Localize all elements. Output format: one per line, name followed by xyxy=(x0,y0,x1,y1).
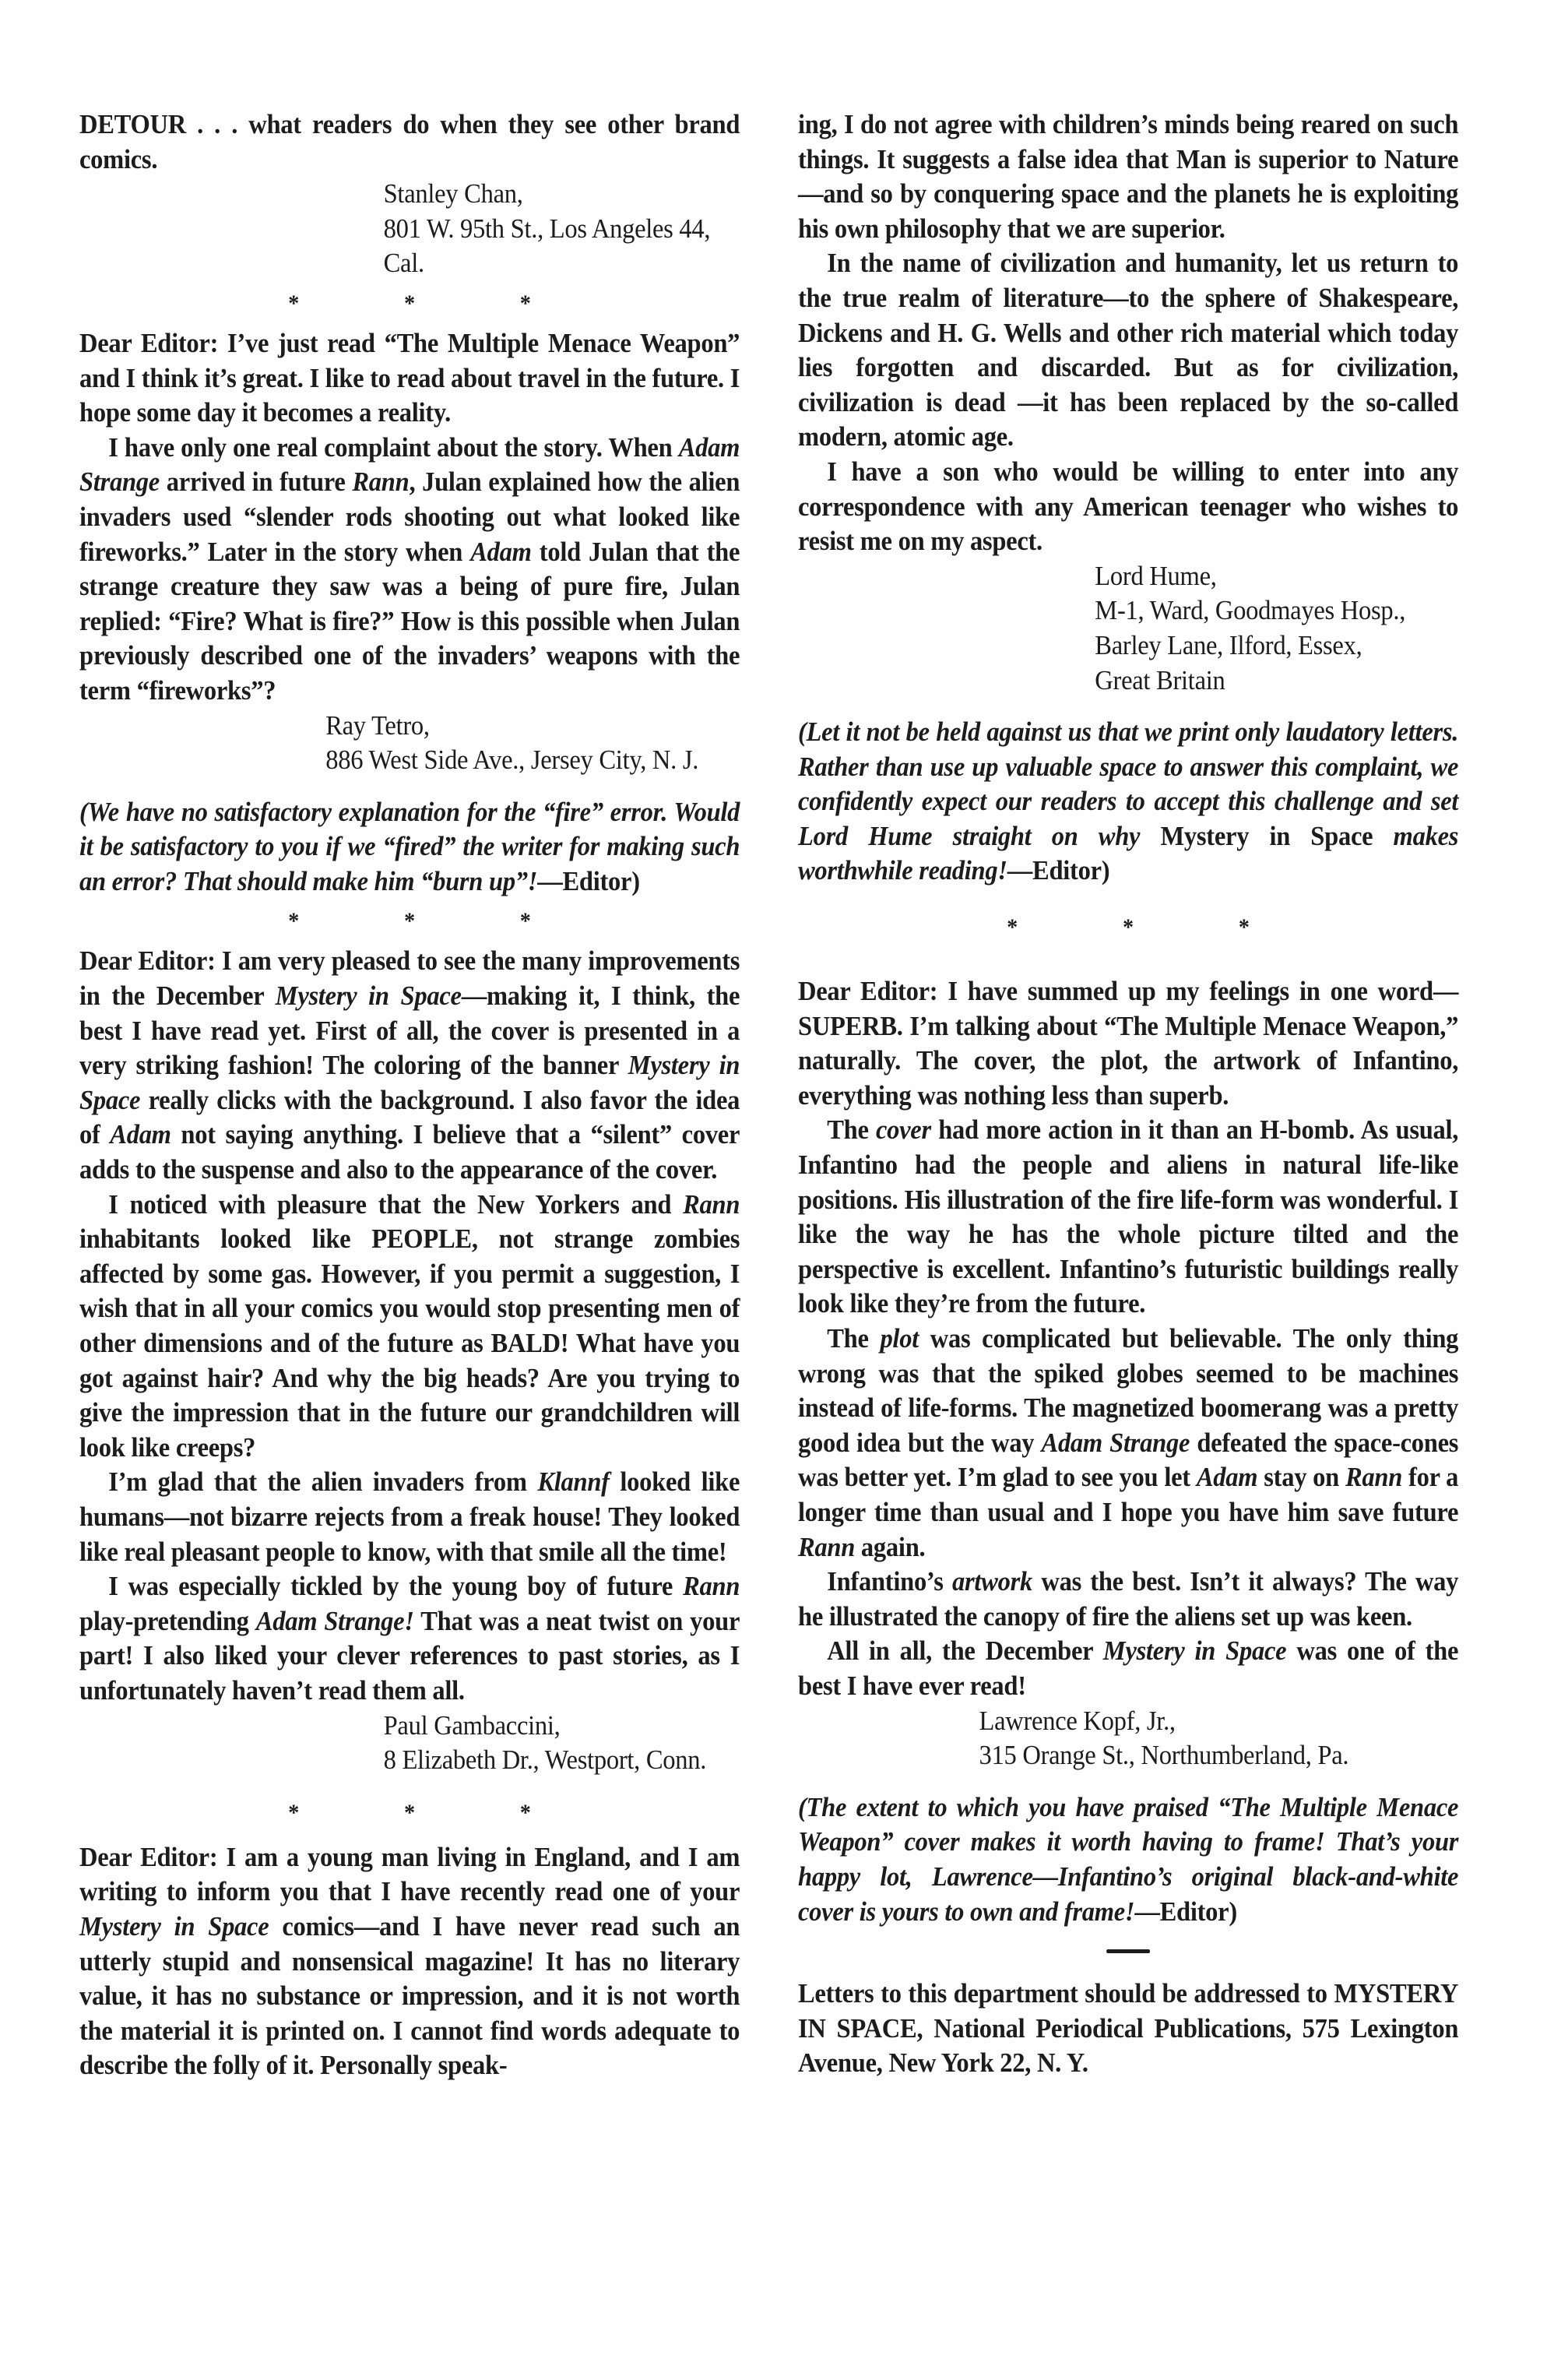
text-run: (The extent to which you have praised “T… xyxy=(798,1792,1458,1927)
asterisk-icon: * xyxy=(352,281,468,326)
asterisk-icon: * xyxy=(352,899,468,944)
asterisk-icon: * xyxy=(352,1778,468,1848)
signature-address: 8 Elizabeth Dr., Westport, Conn. xyxy=(79,1743,740,1778)
signature-name: Lawrence Kopf, Jr., xyxy=(798,1704,1458,1739)
letter-paragraph: Dear Editor: I am a young man living in … xyxy=(79,1840,740,2083)
letter-paragraph: I noticed with pleasure that the New Yor… xyxy=(79,1188,740,1466)
text-run: stay on xyxy=(1257,1462,1345,1492)
asterisk-icon: * xyxy=(236,1778,352,1848)
text-run: I’m glad that the alien invaders from xyxy=(108,1466,537,1497)
mailing-address-notice: Letters to this department should be add… xyxy=(798,1977,1458,2081)
text-run: Dear Editor: I am a young man living in … xyxy=(79,1842,740,1907)
letter-paragraph: ing, I do not agree with children’s mind… xyxy=(798,107,1458,246)
section-separator: *** xyxy=(79,281,740,326)
italic-word: plot xyxy=(880,1323,919,1354)
editor-signoff: —Editor) xyxy=(1134,1896,1237,1927)
signature-address: 886 West Side Ave., Jersey City, N. J. xyxy=(79,743,740,778)
asterisk-icon: * xyxy=(1186,889,1302,966)
letter-paragraph: All in all, the December Mystery in Spac… xyxy=(798,1634,1458,1703)
text-run: inhabitants looked like PEOPLE, not stra… xyxy=(79,1223,740,1463)
asterisk-icon: * xyxy=(236,899,352,944)
text-run: I was especially tickled by the young bo… xyxy=(108,1571,683,1601)
letter-paragraph: Dear Editor: I have summed up my feeling… xyxy=(798,974,1458,1113)
left-column: DETOUR . . . what readers do when they s… xyxy=(79,107,740,2083)
italic-title: Rann xyxy=(798,1532,855,1562)
editor-reply: (The extent to which you have praised “T… xyxy=(798,1790,1458,1929)
letter-paragraph: The cover had more action in it than an … xyxy=(798,1113,1458,1322)
italic-word: artwork xyxy=(952,1566,1032,1597)
asterisk-icon: * xyxy=(236,281,352,326)
signature-address: M-1, Ward, Goodmayes Hosp., xyxy=(798,593,1458,628)
letter-paragraph: Dear Editor: I’ve just read “The Multipl… xyxy=(79,326,740,431)
italic-title: Rann xyxy=(683,1189,740,1220)
italic-title: Adam xyxy=(470,537,531,567)
editor-signoff: —Editor) xyxy=(537,866,640,896)
signature-name: Stanley Chan, xyxy=(79,177,740,212)
letter-paragraph: I have a son who would be willing to ent… xyxy=(798,455,1458,559)
section-separator: *** xyxy=(79,899,740,944)
letter-paragraph: I have only one real complaint about the… xyxy=(79,431,740,709)
italic-title: Mystery in Space xyxy=(79,1911,269,1942)
letter-text: DETOUR . . . what readers do when they s… xyxy=(79,107,740,177)
letters-page: DETOUR . . . what readers do when they s… xyxy=(0,0,1547,2380)
text-run: I have only one real complaint about the… xyxy=(108,432,678,463)
signature-name: Ray Tetro, xyxy=(79,709,740,744)
italic-title: Rann xyxy=(1345,1462,1402,1492)
text-run: not saying anything. I believe that a “s… xyxy=(79,1119,740,1185)
editor-reply: (We have no satisfactory explanation for… xyxy=(79,795,740,900)
letter-paragraph: I was especially tickled by the young bo… xyxy=(79,1569,740,1708)
magazine-title: Mystery in Space xyxy=(1160,821,1373,851)
letter-paragraph: The plot was complicated but believable.… xyxy=(798,1322,1458,1565)
signature-address: Great Britain xyxy=(798,664,1458,699)
asterisk-icon: * xyxy=(955,889,1071,966)
asterisk-icon: * xyxy=(467,281,583,326)
text-run: arrived in future xyxy=(160,466,352,497)
asterisk-icon: * xyxy=(467,1778,583,1848)
right-column: ing, I do not agree with children’s mind… xyxy=(798,107,1458,2081)
italic-title: Rann xyxy=(683,1571,740,1601)
italic-title: Adam Strange xyxy=(1042,1428,1190,1458)
italic-word: cover xyxy=(876,1114,931,1145)
text-run: The xyxy=(827,1114,876,1145)
signature-address: 315 Orange St., Northumberland, Pa. xyxy=(798,1738,1458,1773)
asterisk-icon: * xyxy=(1071,889,1187,966)
section-separator: *** xyxy=(798,889,1458,974)
editor-signoff: —Editor) xyxy=(1007,855,1110,885)
italic-title: Mystery in Space xyxy=(276,981,462,1011)
italic-title: Klannf xyxy=(537,1466,609,1497)
editor-reply: (Let it not be held against us that we p… xyxy=(798,715,1458,889)
italic-title: Rann xyxy=(352,466,409,497)
text-run: play-pretending xyxy=(79,1606,256,1636)
signature-name: Paul Gambaccini, xyxy=(79,1709,740,1744)
italic-title: Adam xyxy=(1197,1462,1257,1492)
letter-paragraph: Dear Editor: I am very pleased to see th… xyxy=(79,944,740,1187)
letter-paragraph: Infantino’s artwork was the best. Isn’t … xyxy=(798,1565,1458,1634)
text-run: had more action in it than an H-bomb. As… xyxy=(798,1114,1458,1319)
text-run: Infantino’s xyxy=(827,1566,952,1597)
section-separator: *** xyxy=(79,1778,740,1840)
text-run: (We have no satisfactory explanation for… xyxy=(79,797,740,896)
italic-title: Mystery in Space xyxy=(1103,1635,1287,1666)
text-run: I noticed with pleasure that the New Yor… xyxy=(108,1189,683,1220)
divider-rule xyxy=(1106,1949,1150,1953)
italic-title: Adam xyxy=(110,1119,171,1150)
asterisk-icon: * xyxy=(467,899,583,944)
text-run: The xyxy=(827,1323,880,1354)
italic-title: Adam Strange! xyxy=(256,1606,414,1636)
text-run: again. xyxy=(855,1532,925,1562)
text-run: All in all, the December xyxy=(827,1635,1103,1666)
letter-paragraph: I’m glad that the alien invaders from Kl… xyxy=(79,1465,740,1569)
signature-name: Lord Hume, xyxy=(798,559,1458,594)
signature-address: Barley Lane, Ilford, Essex, xyxy=(798,628,1458,664)
letter-paragraph: In the name of civilization and humanity… xyxy=(798,246,1458,455)
signature-address: 801 W. 95th St., Los Angeles 44, Cal. xyxy=(79,212,740,281)
